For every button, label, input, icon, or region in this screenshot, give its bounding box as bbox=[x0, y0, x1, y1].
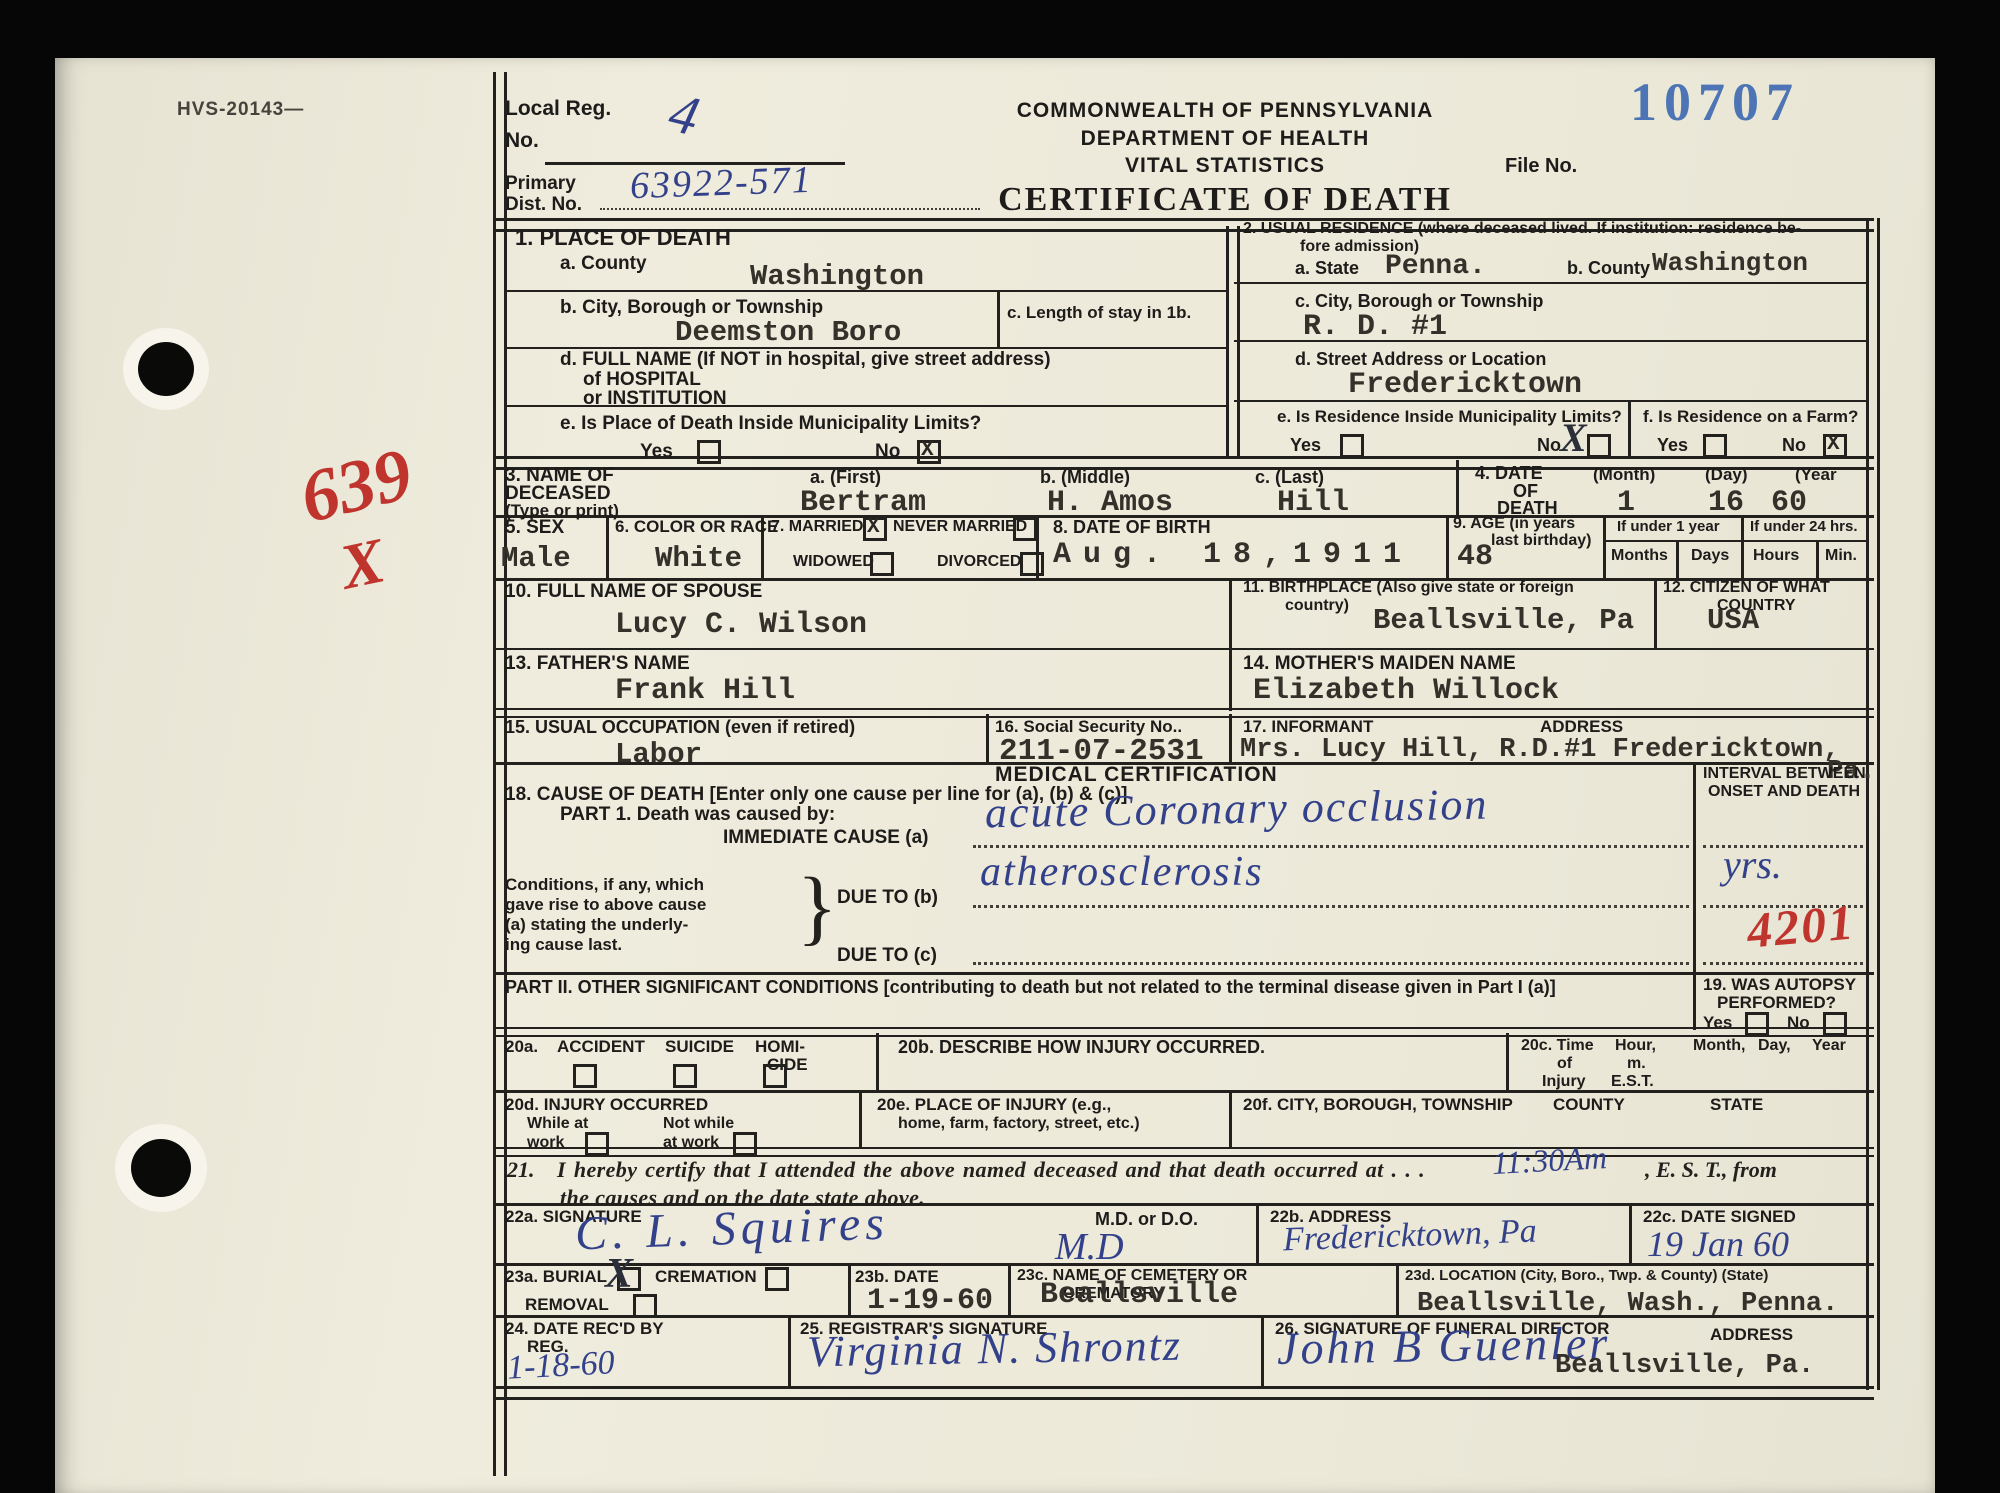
local-reg-no-value-handwritten: 4 bbox=[663, 83, 704, 147]
rule bbox=[1261, 1315, 1264, 1386]
year-label: (Year bbox=[1795, 466, 1837, 484]
father-name-label: 13. FATHER'S NAME bbox=[505, 654, 690, 674]
residence-street-value: Fredericktown bbox=[1348, 370, 1582, 402]
hospital-name-label3: or INSTITUTION bbox=[583, 389, 727, 409]
rule bbox=[1676, 540, 1679, 578]
form-stamp-code: HVS-20143— bbox=[177, 100, 304, 120]
hospital-name-label2: of HOSPITAL bbox=[583, 370, 701, 390]
conditions-label3: (a) stating the underly- bbox=[505, 916, 688, 934]
month-label: (Month) bbox=[1593, 466, 1655, 484]
cause-b-line bbox=[973, 905, 1689, 908]
color-or-race-value: White bbox=[655, 544, 742, 574]
county-label: a. County bbox=[560, 254, 647, 274]
informant-value: Mrs. Lucy Hill, R.D.#1 Fredericktown, bbox=[1240, 736, 1840, 764]
form-right-border bbox=[1866, 218, 1880, 1390]
spouse-label: 10. FULL NAME OF SPOUSE bbox=[505, 582, 762, 602]
death-time-handwritten: 11:30Am bbox=[1491, 1141, 1608, 1181]
widowed-checkbox bbox=[870, 552, 894, 576]
rule bbox=[1693, 762, 1696, 1030]
day-col-label: Day, bbox=[1758, 1038, 1791, 1055]
certify-num: 21. bbox=[507, 1158, 535, 1181]
rule bbox=[1603, 540, 1866, 542]
rule bbox=[1629, 1203, 1632, 1263]
place-of-death-title: 1. PLACE OF DEATH bbox=[515, 226, 731, 249]
removal-checkbox bbox=[633, 1294, 657, 1318]
burial-handwritten-x: X bbox=[605, 1250, 633, 1298]
divorced-label: DIVORCED bbox=[937, 554, 1021, 571]
homicide-label: HOMI- bbox=[755, 1038, 805, 1056]
residence-farm-no-checkbox-checked: X bbox=[1823, 434, 1847, 458]
autopsy-label2: PERFORMED? bbox=[1717, 994, 1836, 1012]
accident-suicide-num: 20a. bbox=[505, 1038, 538, 1056]
margin-red-number: 639 bbox=[293, 436, 419, 538]
burial-location-label: 23d. LOCATION (City, Boro., Twp. & Count… bbox=[1405, 1268, 1768, 1284]
residence-state-label: a. State bbox=[1295, 259, 1359, 278]
rule bbox=[1229, 1090, 1232, 1147]
color-or-race-label: 6. COLOR OR RACE bbox=[615, 518, 778, 536]
informant-label: 17. INFORMANT bbox=[1243, 718, 1373, 736]
yes-label: Yes bbox=[1290, 436, 1321, 455]
est-label: E.S.T. bbox=[1611, 1074, 1654, 1091]
occupation-value: Labor bbox=[615, 740, 702, 770]
rule bbox=[1446, 515, 1449, 578]
rule bbox=[1396, 1263, 1399, 1315]
mother-maiden-name-label: 14. MOTHER'S MAIDEN NAME bbox=[1243, 654, 1516, 674]
file-no-label: File No. bbox=[1505, 156, 1577, 177]
first-name-value: Bertram bbox=[800, 488, 926, 520]
part2-text: PART II. OTHER SIGNIFICANT CONDITIONS [c… bbox=[505, 978, 1556, 997]
injury-county-label: COUNTY bbox=[1553, 1096, 1625, 1114]
funeral-director-address-value: Beallsville, Pa. bbox=[1555, 1352, 1814, 1380]
no-label: No bbox=[1537, 436, 1561, 455]
at-work-label: at work bbox=[663, 1135, 719, 1152]
funeral-director-address-label: ADDRESS bbox=[1710, 1326, 1793, 1344]
rule bbox=[493, 1090, 1874, 1093]
interval-label1: INTERVAL BETWEEN bbox=[1703, 766, 1866, 783]
rule bbox=[997, 290, 1000, 347]
rule bbox=[848, 1263, 851, 1315]
yes-label: Yes bbox=[1657, 436, 1688, 455]
md-handwritten: M.D bbox=[1055, 1228, 1124, 1268]
accident-checkbox bbox=[573, 1064, 597, 1088]
interval-value-handwritten: yrs. bbox=[1723, 844, 1782, 886]
birthplace-value: Beallsville, Pa bbox=[1373, 606, 1634, 636]
divorced-checkbox bbox=[1020, 552, 1044, 576]
cemetery-value: Beallsville bbox=[1040, 1280, 1238, 1312]
accident-label: ACCIDENT bbox=[557, 1038, 645, 1056]
homicide-checkbox bbox=[763, 1064, 787, 1088]
birthplace-label2: country) bbox=[1285, 598, 1349, 615]
occupation-label: 15. USUAL OCCUPATION (even if retired) bbox=[505, 718, 855, 737]
age-value: 48 bbox=[1457, 542, 1493, 574]
rule bbox=[1628, 400, 1631, 456]
certify-text: I hereby certify that I attended the abo… bbox=[557, 1158, 1425, 1181]
punch-hole bbox=[115, 1124, 207, 1212]
citizen-value: USA bbox=[1707, 606, 1759, 636]
m-label: m. bbox=[1627, 1056, 1646, 1073]
sex-label: 5. SEX bbox=[505, 518, 564, 538]
day-label: (Day) bbox=[1705, 466, 1748, 484]
hospital-name-label: d. FULL NAME (If NOT in hospital, give s… bbox=[560, 350, 1051, 370]
time-of-injury-label2: of bbox=[1557, 1056, 1572, 1073]
local-reg-no-label: No. bbox=[505, 130, 539, 152]
vital-statistics-line: VITAL STATISTICS bbox=[935, 155, 1515, 177]
death-municipality-no-checkbox-checked: X bbox=[917, 440, 941, 464]
residence-city-value: R. D. #1 bbox=[1303, 312, 1447, 344]
if-under-1-year-label: If under 1 year bbox=[1617, 519, 1720, 535]
min-label: Min. bbox=[1825, 548, 1857, 565]
rule bbox=[1506, 1033, 1509, 1090]
married-checkbox-checked: X bbox=[863, 517, 887, 541]
rule bbox=[493, 1027, 1874, 1037]
injury-occurred-label: 20d. INJURY OCCURRED bbox=[505, 1096, 708, 1114]
date-signed-handwritten: 19 Jan 60 bbox=[1647, 1226, 1789, 1264]
last-name-label: c. (Last) bbox=[1255, 468, 1324, 487]
residence-municipality-no-checkbox bbox=[1587, 434, 1611, 458]
last-name-value: Hill bbox=[1277, 488, 1349, 520]
injury-state-label: STATE bbox=[1710, 1096, 1763, 1114]
local-reg-label: Local Reg. bbox=[505, 98, 611, 120]
residence-county-value: Washington bbox=[1652, 250, 1808, 277]
mother-maiden-name-value: Elizabeth Willock bbox=[1253, 676, 1559, 708]
death-year-value: 60 bbox=[1771, 488, 1807, 520]
removal-label: REMOVAL bbox=[525, 1296, 609, 1314]
sex-value: Male bbox=[501, 544, 571, 574]
usual-residence-title: 2. USUAL RESIDENCE (where deceased lived… bbox=[1243, 221, 1801, 238]
never-married-checkbox bbox=[1013, 517, 1037, 541]
residence-city-label: c. City, Borough or Township bbox=[1295, 292, 1543, 311]
residence-municipality-yes-checkbox bbox=[1340, 434, 1364, 458]
interval-label2: ONSET AND DEATH bbox=[1708, 784, 1860, 801]
death-municipality-yes-checkbox bbox=[697, 440, 721, 464]
rule bbox=[1256, 1203, 1259, 1263]
rule bbox=[1741, 515, 1744, 578]
city-borough-value: Deemston Boro bbox=[675, 318, 901, 348]
injury-city-label: 20f. CITY, BOROUGH, TOWNSHIP bbox=[1243, 1096, 1513, 1114]
first-name-label: a. (First) bbox=[810, 468, 881, 487]
never-married-label: NEVER MARRIED bbox=[893, 519, 1027, 536]
age-label2: last birthday) bbox=[1491, 533, 1591, 550]
suicide-checkbox bbox=[673, 1064, 697, 1088]
conditions-label4: ing cause last. bbox=[505, 936, 622, 954]
cause-a-line bbox=[973, 845, 1689, 848]
while-at-work-checkbox bbox=[585, 1132, 609, 1156]
medical-certification-heading: MEDICAL CERTIFICATION bbox=[995, 764, 1278, 786]
autopsy-label: 19. WAS AUTOPSY bbox=[1703, 976, 1856, 994]
dist-no-value-handwritten: 63922-571 bbox=[629, 161, 813, 207]
citizen-label: 12. CITIZEN OF WHAT bbox=[1663, 580, 1830, 597]
residence-municipality-no-handwritten-x: X bbox=[1560, 414, 1587, 461]
dist-no-line bbox=[600, 208, 980, 210]
spouse-value: Lucy C. Wilson bbox=[615, 610, 867, 642]
describe-injury-label: 20b. DESCRIBE HOW INJURY OCCURRED. bbox=[898, 1038, 1265, 1057]
suicide-label: SUICIDE bbox=[665, 1038, 734, 1056]
file-no-stamped-value: 10707 bbox=[1630, 74, 1800, 131]
days-label: Days bbox=[1691, 548, 1729, 565]
checkbox-x-mark: X bbox=[921, 439, 934, 462]
punch-hole bbox=[123, 328, 209, 410]
hours-label: Hours bbox=[1753, 548, 1799, 565]
rule bbox=[876, 1033, 879, 1090]
rule bbox=[986, 714, 989, 762]
date-recd-label: 24. DATE REC'D BY bbox=[505, 1320, 664, 1338]
checkbox-x-mark: X bbox=[1827, 433, 1840, 456]
paper-sheet: HVS-20143— 639 X Local Reg. No. 4 Primar… bbox=[55, 58, 1935, 1493]
red-code-handwritten: 4201 bbox=[1745, 895, 1857, 957]
burial-label: 23a. BURIAL bbox=[505, 1268, 607, 1286]
father-name-value: Frank Hill bbox=[615, 676, 795, 708]
city-borough-label: b. City, Borough or Township bbox=[560, 298, 823, 318]
punch-hole-center bbox=[138, 342, 194, 396]
conditions-brace: } bbox=[797, 864, 837, 952]
rule bbox=[1229, 578, 1232, 648]
interval-line-c bbox=[1703, 962, 1863, 965]
middle-name-label: b. (Middle) bbox=[1040, 468, 1130, 487]
cause-c-line bbox=[973, 962, 1689, 965]
conditions-label1: Conditions, if any, which bbox=[505, 876, 704, 894]
rule bbox=[1008, 1263, 1011, 1315]
place-of-injury-label: 20e. PLACE OF INJURY (e.g., bbox=[877, 1096, 1111, 1114]
if-under-24-hrs-label: If under 24 hrs. bbox=[1750, 519, 1858, 535]
due-to-b-label: DUE TO (b) bbox=[837, 888, 938, 908]
widowed-label: WIDOWED bbox=[793, 554, 874, 571]
hour-label: Hour, bbox=[1615, 1038, 1656, 1055]
rule bbox=[493, 972, 1874, 975]
place-of-injury-label2: home, farm, factory, street, etc.) bbox=[898, 1116, 1140, 1133]
cremation-checkbox bbox=[765, 1267, 789, 1291]
rule bbox=[1816, 540, 1819, 578]
residence-state-value: Penna. bbox=[1385, 252, 1486, 281]
residence-farm-yes-checkbox bbox=[1703, 434, 1727, 458]
not-while-label: Not while bbox=[663, 1116, 734, 1133]
margin-red-x: X bbox=[334, 526, 390, 601]
primary-label: Primary bbox=[505, 174, 576, 194]
no-label: No bbox=[875, 442, 900, 462]
cause-b-handwritten: atherosclerosis bbox=[980, 850, 1264, 894]
rule bbox=[1229, 714, 1232, 762]
no-label: No bbox=[1782, 436, 1806, 455]
rule bbox=[1654, 578, 1657, 648]
physician-address-handwritten: Fredericktown, Pa bbox=[1282, 1214, 1537, 1259]
checkbox-x-mark: X bbox=[867, 516, 880, 539]
date-of-birth-value: Aug. 18,1911 bbox=[1053, 540, 1413, 572]
dist-no-label: Dist. No. bbox=[505, 195, 582, 215]
rule bbox=[1603, 515, 1606, 578]
part1-label: PART 1. Death was caused by: bbox=[560, 805, 835, 825]
conditions-label2: gave rise to above cause bbox=[505, 896, 706, 914]
while-at-label: While at bbox=[527, 1116, 588, 1133]
date-recd-handwritten: 1-18-60 bbox=[506, 1345, 615, 1386]
rule bbox=[1456, 460, 1459, 515]
not-while-at-work-checkbox bbox=[733, 1132, 757, 1156]
rule bbox=[1229, 648, 1232, 711]
rule bbox=[493, 1386, 1874, 1400]
age-label: 9. AGE (in years bbox=[1453, 516, 1575, 533]
rule bbox=[606, 515, 609, 578]
scanned-death-certificate: HVS-20143— 639 X Local Reg. No. 4 Primar… bbox=[0, 0, 2000, 1493]
burial-date-value: 1-19-60 bbox=[867, 1286, 993, 1318]
rule bbox=[788, 1315, 791, 1386]
birthplace-label: 11. BIRTHPLACE (Also give state or forei… bbox=[1243, 580, 1574, 597]
time-of-injury-label3: Injury bbox=[1542, 1074, 1586, 1091]
middle-name-value: H. Amos bbox=[1047, 488, 1173, 520]
cause-a-handwritten: acute Coronary occlusion bbox=[985, 782, 1489, 837]
department-line: DEPARTMENT OF HEALTH bbox=[935, 128, 1515, 150]
date-of-birth-label: 8. DATE OF BIRTH bbox=[1053, 518, 1211, 537]
rule bbox=[493, 648, 1874, 650]
married-label: 7. MARRIED bbox=[771, 519, 863, 536]
length-of-stay-label: c. Length of stay in 1b. bbox=[1007, 304, 1191, 322]
rule bbox=[859, 1090, 862, 1147]
work-label: work bbox=[527, 1135, 564, 1152]
burial-location-value: Beallsville, Wash., Penna. bbox=[1417, 1290, 1838, 1318]
certify-text2: , E. S. T., from bbox=[1645, 1158, 1777, 1181]
time-of-injury-label: 20c. Time bbox=[1521, 1038, 1594, 1055]
death-day-value: 16 bbox=[1708, 488, 1744, 520]
certificate-title: CERTIFICATE OF DEATH bbox=[935, 182, 1515, 218]
yes-label: Yes bbox=[640, 442, 673, 462]
month-col-label: Month, bbox=[1693, 1038, 1745, 1055]
rule bbox=[1234, 282, 1866, 284]
cremation-label: CREMATION bbox=[655, 1268, 757, 1286]
death-municipality-question: e. Is Place of Death Inside Municipality… bbox=[560, 414, 981, 434]
residence-county-label: b. County bbox=[1567, 259, 1650, 278]
immediate-cause-label: IMMEDIATE CAUSE (a) bbox=[723, 828, 928, 848]
informant-address-label: ADDRESS bbox=[1540, 718, 1623, 736]
death-month-value: 1 bbox=[1617, 488, 1635, 520]
residence-street-label: d. Street Address or Location bbox=[1295, 350, 1546, 369]
registrar-signature-handwritten: Virginia N. Shrontz bbox=[807, 1323, 1183, 1376]
commonwealth-line: COMMONWEALTH OF PENNSYLVANIA bbox=[935, 100, 1515, 122]
residence-farm-question: f. Is Residence on a Farm? bbox=[1643, 408, 1858, 426]
county-value: Washington bbox=[750, 262, 924, 292]
year-col-label: Year bbox=[1812, 1038, 1846, 1055]
months-label: Months bbox=[1611, 548, 1668, 565]
punch-hole-center bbox=[131, 1139, 191, 1197]
due-to-c-label: DUE TO (c) bbox=[837, 946, 937, 966]
